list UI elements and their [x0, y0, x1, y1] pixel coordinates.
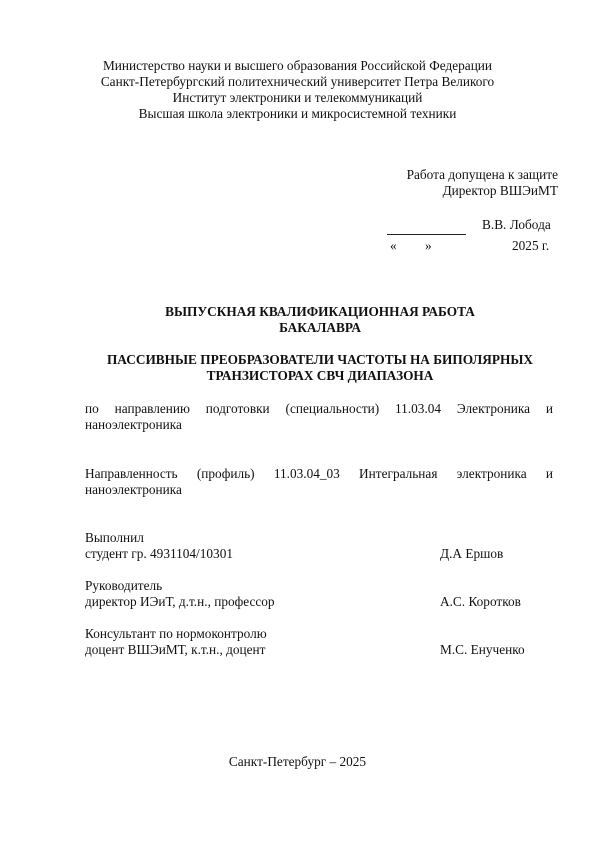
institute-line: Институт электроники и телекоммуникаций: [0, 90, 595, 106]
school-line: Высшая школа электроники и микросистемно…: [0, 106, 595, 122]
approval-text: Работа допущена к защите: [407, 167, 558, 183]
specialty-line1: по направлению подготовки (специальности…: [85, 401, 553, 417]
approval-year: 2025 г.: [512, 238, 549, 254]
ministry-line: Министерство науки и высшего образования…: [0, 58, 595, 74]
signature-label: Выполнил: [85, 530, 555, 546]
topic-line2: ТРАНЗИСТОРАХ СВЧ ДИАПАЗОНА: [0, 368, 595, 384]
approver-title: Директор ВШЭиМТ: [407, 183, 558, 199]
signature-line: [387, 234, 466, 235]
footer-city-year: Санкт-Петербург – 2025: [0, 754, 595, 770]
signature-name: М.С. Енученко: [440, 642, 525, 658]
work-type-line2: БАКАЛАВРА: [0, 320, 595, 336]
university-line: Санкт-Петербургский политехнический унив…: [0, 74, 595, 90]
signature-consultant: Консультант по нормоконтролю доцент ВШЭи…: [85, 626, 555, 658]
date-quote-open: «: [390, 238, 397, 254]
profile-line2: наноэлектроника: [85, 482, 553, 498]
thesis-topic: ПАССИВНЫЕ ПРЕОБРАЗОВАТЕЛИ ЧАСТОТЫ НА БИП…: [0, 352, 595, 384]
signature-label: Консультант по нормоконтролю: [85, 626, 555, 642]
city-year-text: Санкт-Петербург – 2025: [229, 754, 366, 769]
approver-name: В.В. Лобода: [482, 217, 551, 233]
signature-label: Руководитель: [85, 578, 555, 594]
approval-block: Работа допущена к защите Директор ВШЭиМТ: [407, 167, 558, 199]
profile-line1: Направленность (профиль) 11.03.04_03 Инт…: [85, 466, 553, 482]
date-quote-close: »: [425, 238, 432, 254]
specialty-paragraph: по направлению подготовки (специальности…: [85, 401, 553, 433]
signature-name: А.С. Коротков: [440, 594, 521, 610]
institution-header: Министерство науки и высшего образования…: [0, 58, 595, 122]
topic-line1: ПАССИВНЫЕ ПРЕОБРАЗОВАТЕЛИ ЧАСТОТЫ НА БИП…: [0, 352, 595, 368]
signature-supervisor: Руководитель директор ИЭиТ, д.т.н., проф…: [85, 578, 555, 610]
signature-student: Выполнил студент гр. 4931104/10301 Д.А Е…: [85, 530, 555, 562]
work-type-line1: ВЫПУСКНАЯ КВАЛИФИКАЦИОННАЯ РАБОТА: [0, 304, 595, 320]
work-type-title: ВЫПУСКНАЯ КВАЛИФИКАЦИОННАЯ РАБОТА БАКАЛА…: [0, 304, 595, 336]
specialty-line2: наноэлектроника: [85, 417, 553, 433]
signature-name: Д.А Ершов: [440, 546, 503, 562]
profile-paragraph: Направленность (профиль) 11.03.04_03 Инт…: [85, 466, 553, 498]
